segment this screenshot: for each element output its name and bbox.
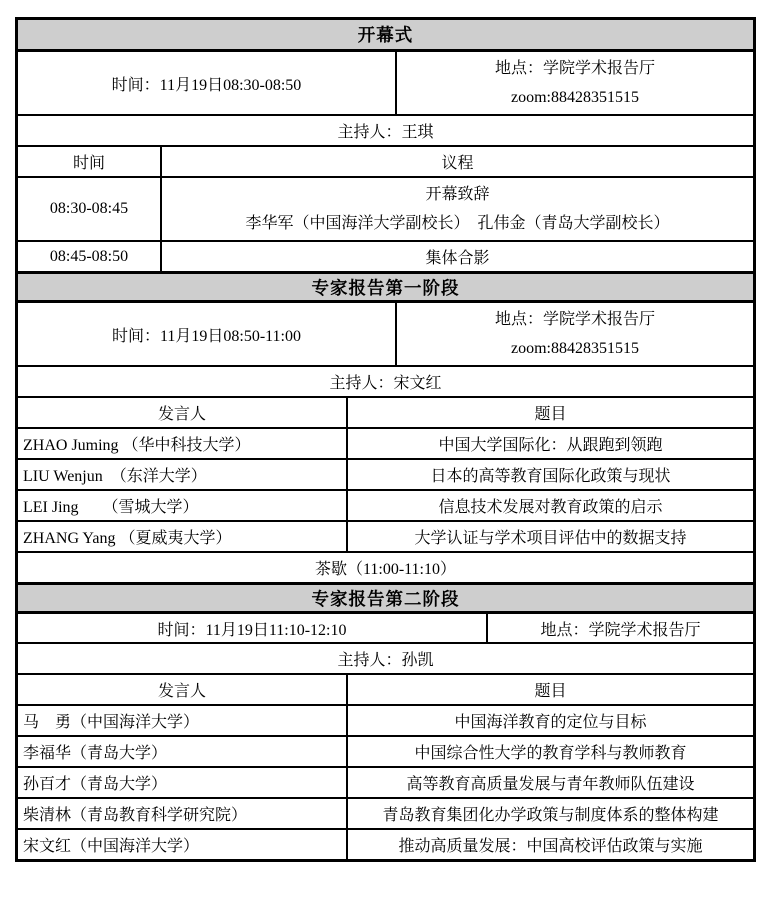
opening-time-text: 时间：11月19日08:30-08:50 <box>112 72 302 95</box>
speaker-cell: 柴清林（青岛教育科学研究院） <box>18 799 346 828</box>
opening-agenda-header-row: 时间 议程 <box>18 145 753 176</box>
agenda-2-line1: 集体合影 <box>425 245 489 268</box>
stage1-time-cell: 时间：11月19日08:50-11:00 <box>18 303 395 365</box>
stage1-col-header-speaker-text: 发言人 <box>158 401 206 424</box>
topic-cell: 高等教育高质量发展与青年教师队伍建设 <box>346 768 753 797</box>
stage2-col-header-speaker-text: 发言人 <box>158 678 206 701</box>
stage2-location-line1: 地点：学院学术报告厅 <box>540 617 700 640</box>
speaker-cell: 李福华（青岛大学） <box>18 737 346 766</box>
topic-cell: 中国海洋教育的定位与目标 <box>346 706 753 735</box>
topic-text: 信息技术发展对教育政策的启示 <box>438 494 662 517</box>
stage2-time-location-row: 时间：11月19日11:10-12:10 地点：学院学术报告厅 <box>18 611 753 642</box>
agenda-2-content-cell: 集体合影 <box>160 242 753 271</box>
section-title-stage1: 专家报告第一阶段 <box>312 275 460 300</box>
program-page: 开幕式 时间：11月19日08:30-08:50 地点：学院学术报告厅 zoom… <box>0 0 770 922</box>
speaker-name: 李福华（青岛大学） <box>23 740 167 763</box>
opening-host-row: 主持人：王琪 <box>18 114 753 145</box>
agenda-1-content-cell: 开幕致辞 李华军（中国海洋大学副校长） 孔伟金（青岛大学副校长） <box>160 178 753 240</box>
speaker-cell: ZHAO Juming （华中科技大学） <box>18 429 346 458</box>
opening-location-line1: 地点：学院学术报告厅 <box>495 54 655 83</box>
stage2-host-text: 主持人：孙凯 <box>337 647 433 670</box>
speaker-cell: LIU Wenjun （东洋大学） <box>18 460 346 489</box>
stage1-time-location-row: 时间：11月19日08:50-11:00 地点：学院学术报告厅 zoom:884… <box>18 300 753 365</box>
stage1-col-header-speaker: 发言人 <box>18 398 346 427</box>
topic-text: 中国大学国际化：从跟跑到领跑 <box>438 432 662 455</box>
section-title-opening: 开幕式 <box>358 22 414 47</box>
stage1-talk-row-1: ZHAO Juming （华中科技大学） 中国大学国际化：从跟跑到领跑 <box>18 427 753 458</box>
speaker-name: 孙百才（青岛大学） <box>23 771 167 794</box>
topic-text: 推动高质量发展：中国高校评估政策与实施 <box>398 833 702 856</box>
stage2-location-cell: 地点：学院学术报告厅 <box>486 614 753 642</box>
stage2-talk-row-2: 李福华（青岛大学） 中国综合性大学的教育学科与教师教育 <box>18 735 753 766</box>
topic-cell: 中国综合性大学的教育学科与教师教育 <box>346 737 753 766</box>
topic-cell: 日本的高等教育国际化政策与现状 <box>346 460 753 489</box>
stage1-talk-row-2: LIU Wenjun （东洋大学） 日本的高等教育国际化政策与现状 <box>18 458 753 489</box>
col-header-time-text: 时间 <box>73 150 105 173</box>
agenda-1-time-text: 08:30-08:45 <box>50 200 128 218</box>
stage1-time-text: 时间：11月19日08:50-11:00 <box>112 323 301 346</box>
tea-break-row: 茶歇（11:00-11:10） <box>18 551 753 582</box>
opening-host-cell: 主持人：王琪 <box>18 116 753 145</box>
stage2-col-header-topic-text: 题目 <box>534 678 566 701</box>
stage2-time-text: 时间：11月19日11:10-12:10 <box>157 617 346 640</box>
speaker-name: 柴清林（青岛教育科学研究院） <box>23 802 247 825</box>
speaker-name: ZHANG Yang （夏威夷大学） <box>23 525 231 548</box>
stage2-col-header-speaker: 发言人 <box>18 675 346 704</box>
opening-host-text: 主持人：王琪 <box>337 119 433 142</box>
section-title-stage2: 专家报告第二阶段 <box>312 586 460 611</box>
stage1-col-header-topic: 题目 <box>346 398 753 427</box>
opening-location-line2: zoom:88428351515 <box>511 83 639 112</box>
agenda-1-time-cell: 08:30-08:45 <box>18 178 160 240</box>
stage1-host-row: 主持人：宋文红 <box>18 365 753 396</box>
section-header-stage1: 专家报告第一阶段 <box>18 271 753 300</box>
stage1-talk-row-4: ZHANG Yang （夏威夷大学） 大学认证与学术项目评估中的数据支持 <box>18 520 753 551</box>
topic-cell: 中国大学国际化：从跟跑到领跑 <box>346 429 753 458</box>
agenda-1-line1: 开幕致辞 <box>425 180 489 209</box>
opening-time-location-row: 时间：11月19日08:30-08:50 地点：学院学术报告厅 zoom:884… <box>18 49 753 114</box>
stage1-col-header-topic-text: 题目 <box>534 401 566 424</box>
stage2-col-header-topic: 题目 <box>346 675 753 704</box>
stage1-host-text: 主持人：宋文红 <box>329 370 441 393</box>
topic-cell: 大学认证与学术项目评估中的数据支持 <box>346 522 753 551</box>
speaker-name: LEI Jing （雪城大学） <box>23 494 199 517</box>
tea-break-cell: 茶歇（11:00-11:10） <box>18 553 753 582</box>
topic-cell: 青岛教育集团化办学政策与制度体系的整体构建 <box>346 799 753 828</box>
col-header-agenda-text: 议程 <box>441 150 473 173</box>
conference-schedule-table: 开幕式 时间：11月19日08:30-08:50 地点：学院学术报告厅 zoom… <box>15 17 756 862</box>
topic-text: 高等教育高质量发展与青年教师队伍建设 <box>406 771 694 794</box>
agenda-1-line2: 李华军（中国海洋大学副校长） 孔伟金（青岛大学副校长） <box>245 209 669 238</box>
col-header-time: 时间 <box>18 147 160 176</box>
agenda-2-time-text: 08:45-08:50 <box>50 248 128 266</box>
stage2-talk-row-4: 柴清林（青岛教育科学研究院） 青岛教育集团化办学政策与制度体系的整体构建 <box>18 797 753 828</box>
topic-text: 大学认证与学术项目评估中的数据支持 <box>414 525 686 548</box>
stage2-talk-row-3: 孙百才（青岛大学） 高等教育高质量发展与青年教师队伍建设 <box>18 766 753 797</box>
speaker-cell: ZHANG Yang （夏威夷大学） <box>18 522 346 551</box>
speaker-name: 宋文红（中国海洋大学） <box>23 833 199 856</box>
stage2-talks-header-row: 发言人 题目 <box>18 673 753 704</box>
topic-text: 青岛教育集团化办学政策与制度体系的整体构建 <box>382 802 718 825</box>
topic-cell: 推动高质量发展：中国高校评估政策与实施 <box>346 830 753 859</box>
stage2-talk-row-1: 马 勇（中国海洋大学） 中国海洋教育的定位与目标 <box>18 704 753 735</box>
agenda-row-1: 08:30-08:45 开幕致辞 李华军（中国海洋大学副校长） 孔伟金（青岛大学… <box>18 176 753 240</box>
col-header-agenda: 议程 <box>160 147 753 176</box>
stage1-host-cell: 主持人：宋文红 <box>18 367 753 396</box>
stage2-host-row: 主持人：孙凯 <box>18 642 753 673</box>
speaker-name: ZHAO Juming （华中科技大学） <box>23 432 251 455</box>
speaker-name: LIU Wenjun （东洋大学） <box>23 463 207 486</box>
stage2-host-cell: 主持人：孙凯 <box>18 644 753 673</box>
speaker-cell: LEI Jing （雪城大学） <box>18 491 346 520</box>
speaker-name: 马 勇（中国海洋大学） <box>23 709 199 732</box>
topic-text: 日本的高等教育国际化政策与现状 <box>430 463 670 486</box>
topic-text: 中国综合性大学的教育学科与教师教育 <box>414 740 686 763</box>
agenda-2-time-cell: 08:45-08:50 <box>18 242 160 271</box>
agenda-row-2: 08:45-08:50 集体合影 <box>18 240 753 271</box>
topic-text: 中国海洋教育的定位与目标 <box>454 709 646 732</box>
speaker-cell: 宋文红（中国海洋大学） <box>18 830 346 859</box>
stage1-location-cell: 地点：学院学术报告厅 zoom:88428351515 <box>395 303 753 365</box>
opening-time-cell: 时间：11月19日08:30-08:50 <box>18 52 395 114</box>
stage1-location-line2: zoom:88428351515 <box>511 334 639 363</box>
stage1-talks-header-row: 发言人 题目 <box>18 396 753 427</box>
section-header-stage2: 专家报告第二阶段 <box>18 582 753 611</box>
opening-location-cell: 地点：学院学术报告厅 zoom:88428351515 <box>395 52 753 114</box>
speaker-cell: 马 勇（中国海洋大学） <box>18 706 346 735</box>
tea-break-text: 茶歇（11:00-11:10） <box>315 556 456 579</box>
stage1-location-line1: 地点：学院学术报告厅 <box>495 305 655 334</box>
stage2-talk-row-5: 宋文红（中国海洋大学） 推动高质量发展：中国高校评估政策与实施 <box>18 828 753 859</box>
topic-cell: 信息技术发展对教育政策的启示 <box>346 491 753 520</box>
section-header-opening: 开幕式 <box>18 20 753 49</box>
speaker-cell: 孙百才（青岛大学） <box>18 768 346 797</box>
stage1-talk-row-3: LEI Jing （雪城大学） 信息技术发展对教育政策的启示 <box>18 489 753 520</box>
stage2-time-cell: 时间：11月19日11:10-12:10 <box>18 614 486 642</box>
